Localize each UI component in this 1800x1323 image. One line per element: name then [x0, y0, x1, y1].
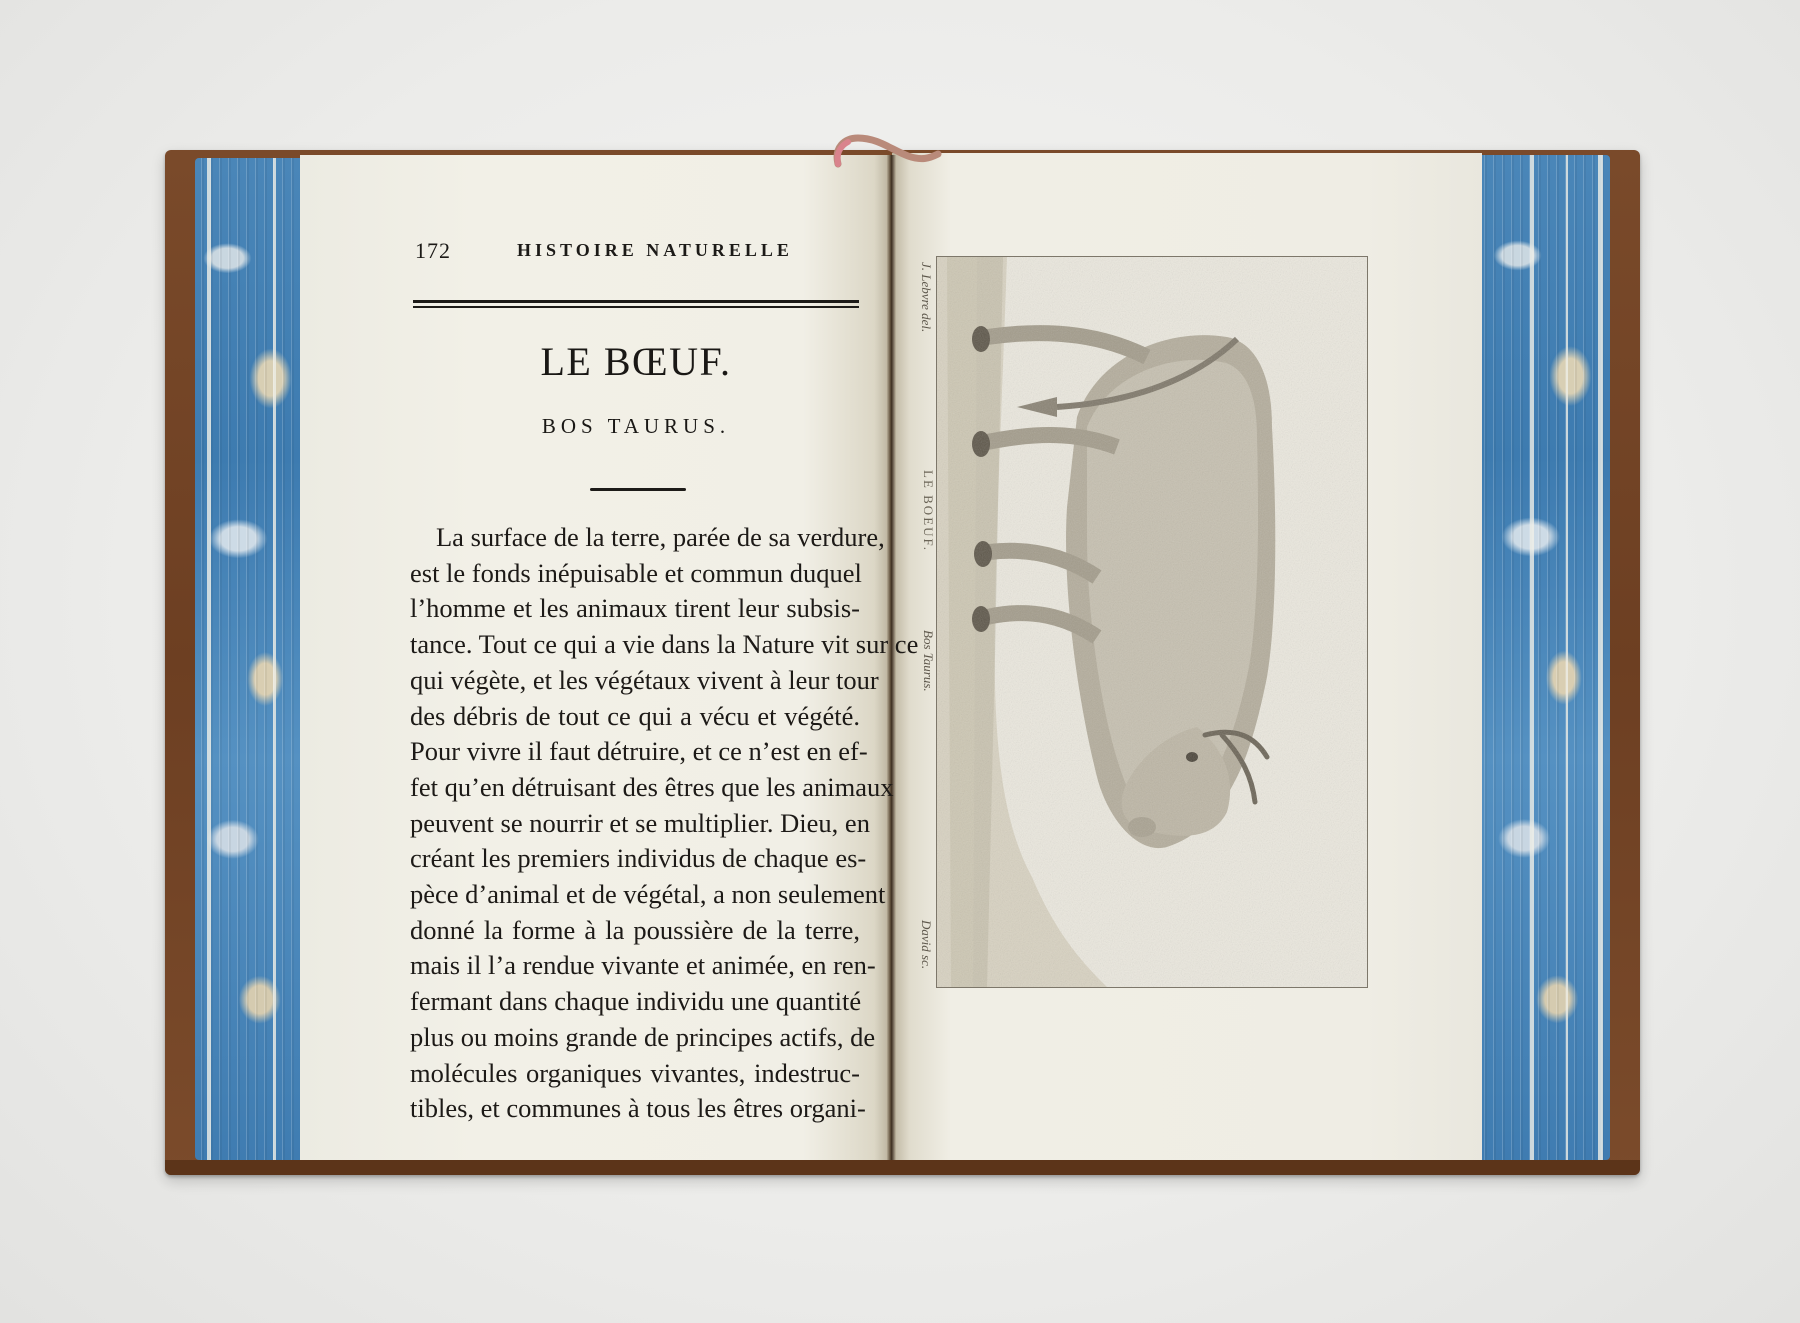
- running-head-title: HISTOIRE NATURELLE: [517, 240, 793, 261]
- body-paragraph: La surface de la terre, parée de sa verd…: [410, 520, 860, 1127]
- text-line: qui végète, et les végétaux vivent à leu…: [410, 663, 860, 699]
- header-double-rule: [413, 300, 859, 310]
- book-cover-bottom-edge: [165, 1160, 1640, 1175]
- text-line: fet qu’en détruisant des êtres que les a…: [410, 770, 860, 806]
- text-line: molécules organiques vivantes, indestruc…: [410, 1056, 860, 1092]
- chapter-title: LE BŒUF.: [413, 338, 859, 385]
- ox-engraving-icon: [937, 257, 1367, 987]
- text-line: peuvent se nourrir et se multiplier. Die…: [410, 806, 860, 842]
- text-line: des débris de tout ce qui a vécu et végé…: [410, 699, 860, 735]
- page-edge-stripe: [1530, 155, 1534, 1160]
- page-edge-stripe: [207, 158, 211, 1160]
- right-marbled-page-edge: [1478, 155, 1610, 1160]
- page-edge-stripe: [273, 158, 276, 1160]
- engraver-credit: David sc.: [918, 920, 934, 969]
- text-line: créant les premiers individus de chaque …: [410, 841, 860, 877]
- plate-caption-title: LE BOEUF.: [920, 470, 936, 552]
- plate-caption-latin: Bos Taurus.: [920, 630, 936, 692]
- page-edge-stripe: [1598, 155, 1603, 1160]
- left-marbled-page-edge: [195, 158, 303, 1160]
- text-line: pèce d’animal et de végétal, a non seule…: [410, 877, 860, 913]
- ornament-rule: [590, 488, 686, 491]
- text-line: donné la forme à la poussière de la terr…: [410, 913, 860, 949]
- engraved-plate: [936, 256, 1368, 988]
- text-line: est le fonds inépuisable et commun duque…: [410, 556, 860, 592]
- page-number: 172: [415, 238, 451, 264]
- page-edge-stripe: [1566, 155, 1568, 1160]
- chapter-subtitle: BOS TAURUS.: [413, 414, 859, 439]
- text-line: fermant dans chaque individu une quantit…: [410, 984, 860, 1020]
- text-line: La surface de la terre, parée de sa verd…: [410, 520, 860, 556]
- bookmark-ribbon-icon: [830, 128, 950, 168]
- artist-credit: J. Lebvre del.: [918, 262, 934, 332]
- text-line: tibles, et communes à tous les êtres org…: [410, 1091, 860, 1127]
- text-line: Pour vivre il faut détruire, et ce n’est…: [410, 734, 860, 770]
- running-head: 172 HISTOIRE NATURELLE: [415, 238, 860, 268]
- text-line: mais il l’a rendue vivante et animée, en…: [410, 948, 860, 984]
- text-line: plus ou moins grande de principes actifs…: [410, 1020, 860, 1056]
- text-line: tance. Tout ce qui a vie dans la Nature …: [410, 627, 860, 663]
- text-line: l’homme et les animaux tirent leur subsi…: [410, 591, 860, 627]
